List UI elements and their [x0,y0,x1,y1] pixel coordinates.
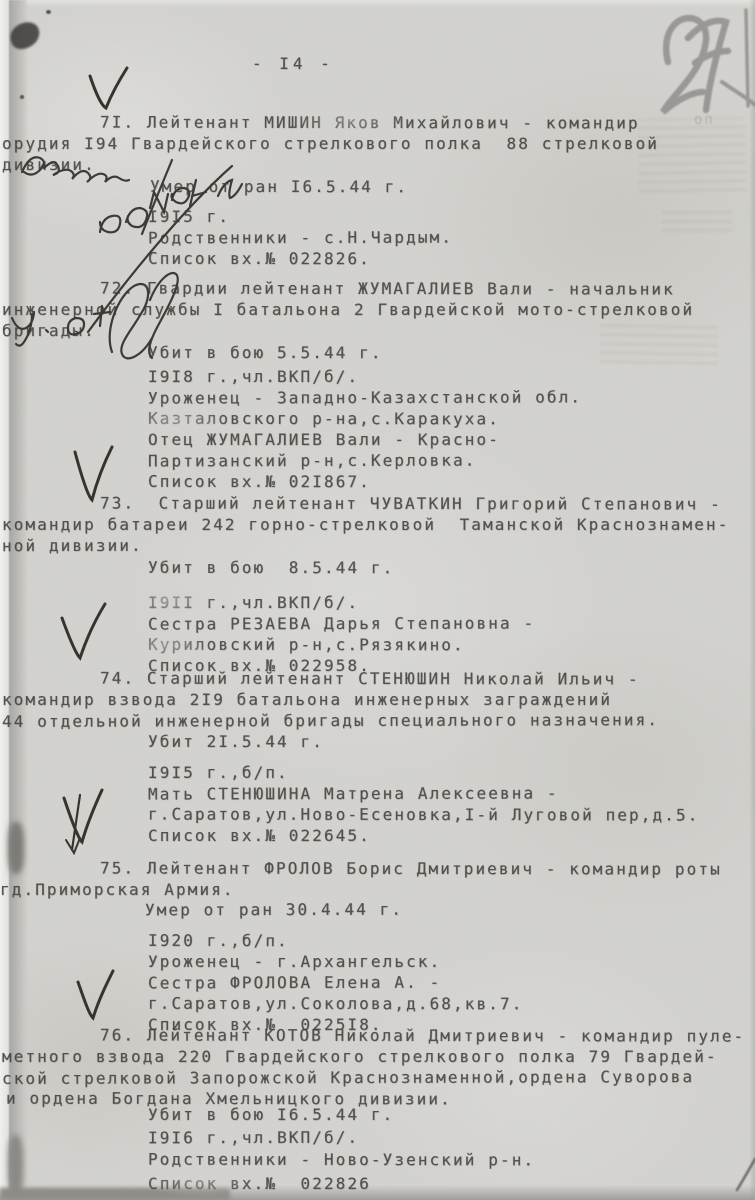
entry-71-heading-line-3: дивизии. [2,154,96,175]
entry-75-detail-line-2: Уроженец - г.Архангельск. [148,951,441,972]
entry-72-detail-line-4: Отец ЖУМАГАЛИЕВ Вали - Красно- [148,429,500,450]
entry-74-detail-line-3: г.Саратов,ул.Ново-Есеновка,I-й Луговой п… [148,804,699,826]
speck [46,10,51,14]
bleedthrough-smudge [600,321,719,365]
entry-72-heading-line-2: инженерной службы I батальона 2 Гвардейс… [2,299,694,320]
scan-edge-right [749,0,755,1200]
handwritten-page-number-value: 27 [655,25,703,71]
entry-71-death-line: Умер от ран I6.5.44 г. [150,176,408,197]
entry-76-detail-line-1: I9I6 г.,чл.ВКП/б/. [148,1127,359,1149]
entry-72-heading-line-1: 72. Гвардии лейтенант ЖУМАГАЛИЕВ Вали - … [100,277,675,299]
entry-72-heading-line-3: бригады. [2,320,96,341]
entry-75-heading-line-1: 75. Лейтенант ФРОЛОВ Борис Дмитриевич - … [100,857,722,879]
entry-71-detail-line-3: Список вх.№ 022826. [148,248,371,269]
edge-smudge [8,1135,23,1195]
entry-74-heading-line-2: командир взвода 2I9 батальона инженерных… [2,689,612,710]
entry-74-detail-line-4: Список вх.№ 022645. [148,825,371,846]
scan-edge-top [0,0,755,7]
entry-74-detail-line-2: Мать СТЕНЮШИНА Матрена Алексеевна - [148,782,559,804]
entry-74-detail-line-1: I9I5 г.,б/п. [148,762,289,783]
speck [20,95,24,99]
entry-72-detail-line-5: Партизанский р-н,с.Керловка. [148,450,477,472]
bleedthrough-smudge [637,117,746,193]
entry-72-detail-line-6: Список вх.№ 02I867. [148,471,371,492]
entry-76-heading-line-1: 76. Лейтенант КОТОВ Николай Дмитриевич -… [100,1024,745,1046]
entry-74-heading-line-3: 44 отдельной инженерной бригады специаль… [2,709,659,732]
entry-71-detail-line-1: I9I5 г. [148,206,230,227]
checkmark-icon [78,971,113,1018]
entry-76-death-line: Убит в бою I6.5.44 г. [148,1104,394,1125]
entry-75-heading-line-2: гд.Приморская Армия. [0,879,235,900]
entry-74-heading-line-1: 74. Старший лейтенант СТЕНЮШИН Николай И… [100,668,640,690]
entry-73-detail-line-1: I9II г.,чл.ВКП/б/. [148,592,359,613]
entry-76-heading-line-3: ской стрелковой Запорожской Краснознамен… [2,1066,694,1089]
handwritten-page-number-27 [663,10,755,112]
entry-72-detail-line-2: Уроженец - Западно-Казахстанской обл. [148,386,582,408]
entry-73-heading-line-3: ной дивизии. [2,535,143,556]
entry-72-detail-line-3: Казталовского р-на,с.Каракуха. [148,408,500,430]
entry-74-death-line: Убит 2I.5.44 г. [148,731,324,752]
entry-73-death-line: Убит в бою 8.5.44 г. [148,557,394,578]
entry-73-heading-line-2: командир батареи 242 горно-стрелковой Та… [2,514,729,535]
entry-75-detail-line-3: Сестра ФРОЛОВА Елена А. - [148,972,441,994]
page-number: - I4 - [252,53,334,74]
entry-71-heading-line-2: орудия I94 Гвардейского стрелкового полк… [2,133,659,154]
entry-73-detail-line-2: Сестра РЕЗАЕВА Дарья Степановна - [148,612,535,634]
entry-76-detail-line-3: Список вх.№ 022826 [148,1173,371,1194]
edge-smudge [8,822,24,874]
entry-71-detail-line-2: Родственники - с.Н.Чардым. [148,227,453,249]
entry-72-detail-line-1: I9I8 г.,чл.ВКП/б/. [148,366,359,387]
entry-73-heading-line-1: 73. Старший лейтенант ЧУВАТКИН Григорий … [100,492,722,514]
entry-76-heading-line-2: метного взвода 220 Гвардейского стрелков… [2,1046,718,1067]
bleedthrough-smudge [662,206,732,232]
bleedthrough-text: оп [694,112,715,128]
entry-76-detail-line-2: Родственники - Ново-Узенский р-н. [148,1149,535,1171]
checkmark-icon [90,68,127,108]
scanned-document-page: оп - I4 - 7I. Лейтенант МИШИН Яков Михай… [0,0,755,1200]
checkmark-icon [62,604,105,658]
entry-75-death-line: Умер от ран 30.4.44 г. [145,899,403,921]
checkmark-with-stroke-icon [64,790,102,853]
entry-75-detail-line-1: I920 г.,б/п. [148,930,289,951]
entry-73-detail-line-3: Куриловский р-н,с.Рязякино. [148,634,465,656]
entry-71-heading-line-1: 7I. Лейтенант МИШИН Яков Михайлович - ко… [100,112,640,134]
entry-72-death-line: Убит в бою 5.5.44 г. [148,342,383,363]
entry-75-detail-line-4: г.Саратов,ул.Соколова,д.68,кв.7. [148,993,523,1015]
scan-edge-left-shadow [9,0,28,1200]
